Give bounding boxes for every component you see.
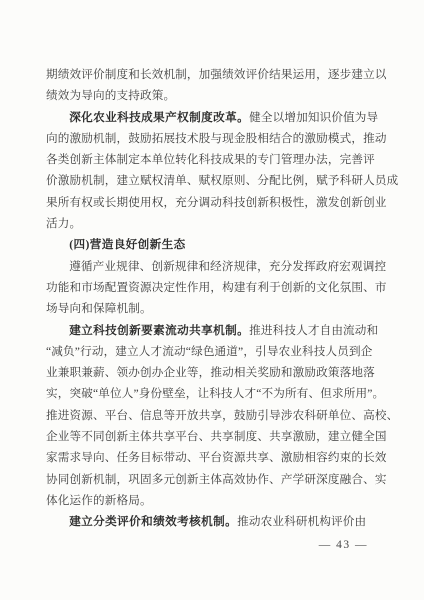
text-line: 建立分类评价和绩效考核机制。推动农业科研机构评价由 <box>46 511 376 532</box>
text-line: 建立科技创新要素流动共享机制。推进科技人才自由流动和 <box>46 320 376 341</box>
page-number: — 43 — <box>319 539 368 551</box>
text-line: 果所有权或长期使用权，充分调动科技创新积极性，激发创新创业 <box>46 192 376 213</box>
text-line: 绩效为导向的支持政策。 <box>46 85 376 106</box>
section-heading-bold: (四)营造良好创新生态 <box>69 238 185 251</box>
paragraph-lead-bold: 深化农业科技成果产权制度改革。 <box>69 111 249 124</box>
text-line: 场导向和保障机制。 <box>46 298 376 319</box>
text-line: 业兼职兼薪、领办创办企业等，推动相关奖励和激励政策落地落 <box>46 362 376 383</box>
text-line: 价激励机制，建立赋权清单、赋权原则、分配比例，赋予科研人员成 <box>46 170 376 191</box>
text-line: 遵循产业规律、创新规律和经济规律，充分发挥政府宏观调控 <box>46 256 376 277</box>
text-line: 家需求导向、任务目标带动、平台资源共享、激励相容约束的长效 <box>46 447 376 468</box>
text-line: 功能和市场配置资源决定性作用，构建有利于创新的文化氛围、市 <box>46 277 376 298</box>
text-line: 企业等不同创新主体共享平台、共享制度、共享激励，建立健全国 <box>46 426 376 447</box>
paragraph-lead-bold: 建立科技创新要素流动共享机制。 <box>69 324 249 337</box>
text-line: 协同创新机制，巩固多元创新主体高效协作、产学研深度融合、实 <box>46 469 376 490</box>
document-text-block: 期绩效评价制度和长效机制，加强绩效评价结果运用，逐步建立以 绩效为导向的支持政策… <box>46 64 376 533</box>
text-line: 各类创新主体制定本单位转化科技成果的专门管理办法，完善评 <box>46 149 376 170</box>
text-line: “减负”行动，建立人才流动“绿色通道”，引导农业科技人员到企 <box>46 341 376 362</box>
section-heading: (四)营造良好创新生态 <box>46 234 376 255</box>
text-line: 向的激励机制，鼓励拓展技术股与现金股相结合的激励模式，推动 <box>46 128 376 149</box>
document-page: 期绩效评价制度和长效机制，加强绩效评价结果运用，逐步建立以 绩效为导向的支持政策… <box>0 0 424 600</box>
text-line: 体化运作的新格局。 <box>46 490 376 511</box>
text-line: 实，突破“单位人”身份壁垒，让科技人才“不为所有、但求所用”。 <box>46 383 376 404</box>
text-line: 推进资源、平台、信息等开放共享，鼓励引导涉农科研单位、高校、 <box>46 405 376 426</box>
paragraph-lead-bold: 建立分类评价和绩效考核机制。 <box>69 515 237 528</box>
text-line: 期绩效评价制度和长效机制，加强绩效评价结果运用，逐步建立以 <box>46 64 376 85</box>
text-line: 活力。 <box>46 213 376 234</box>
text-line: 深化农业科技成果产权制度改革。健全以增加知识价值为导 <box>46 107 376 128</box>
